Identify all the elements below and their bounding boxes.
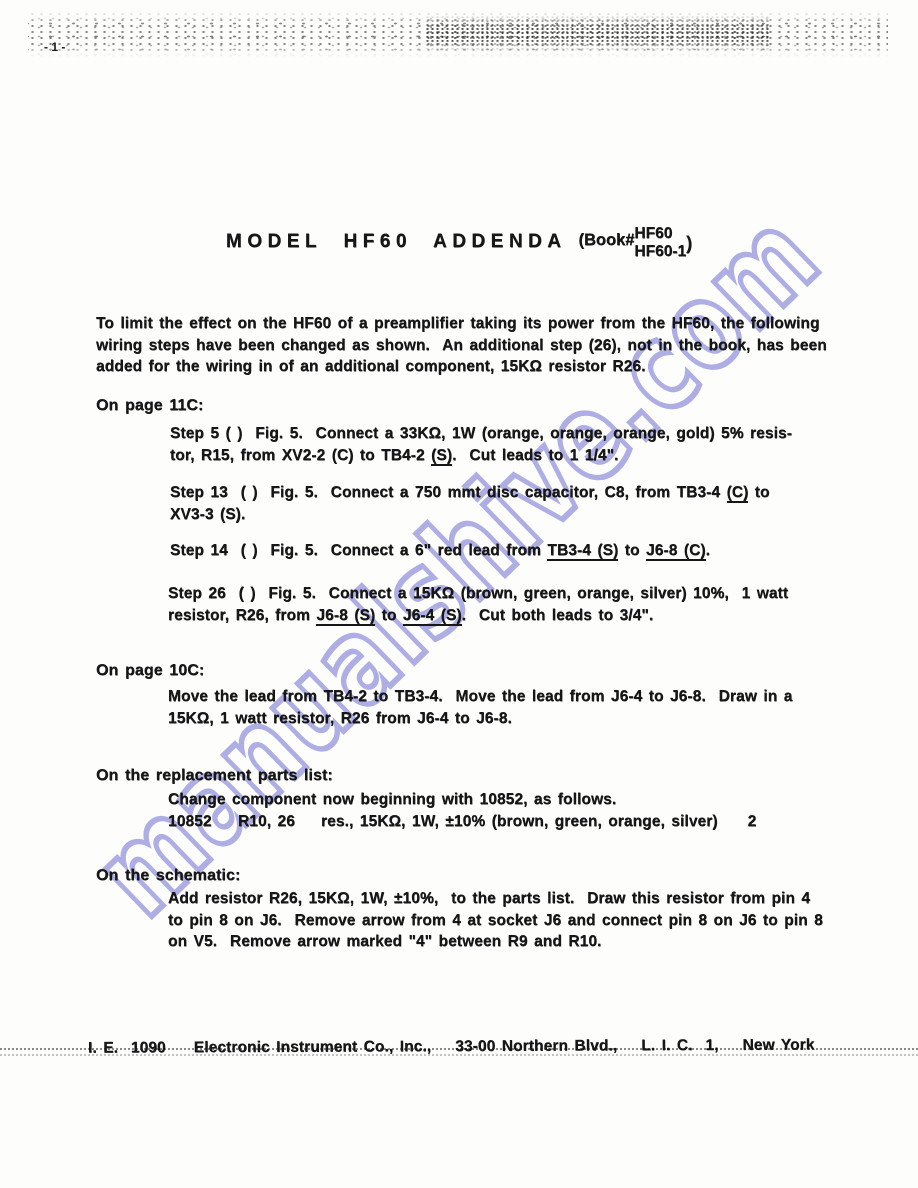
section-heading-page-11c: On page 11C: — [96, 395, 203, 417]
text-line: XV3-3 (S). — [170, 504, 770, 526]
book-numbers: HF60 HF60-1 — [634, 225, 686, 260]
text-line: Step 13 ( ) Fig. 5. Connect a 750 mmt di… — [170, 482, 770, 504]
part-references: R10, 26 — [238, 811, 321, 833]
underlined-term: J6-8 (C) — [646, 542, 706, 561]
text-line: added for the wiring in of an additional… — [96, 356, 827, 378]
text-line: resistor, R26, from J6-8 (S) to J6-4 (S)… — [168, 605, 788, 627]
underlined-term: (S) — [431, 447, 452, 466]
scan-noise-dense — [425, 15, 770, 51]
text-line: wiring steps have been changed as shown.… — [96, 335, 827, 357]
intro-paragraph: To limit the effect on the HF60 of a pre… — [96, 313, 827, 378]
underlined-term: (C) — [727, 484, 749, 503]
step-14: Step 14 ( ) Fig. 5. Connect a 6" red lea… — [170, 540, 710, 562]
text-line: tor, R15, from XV2-2 (C) to TB4-2 (S). C… — [170, 445, 792, 467]
book-reference: (Book# HF60 HF60-1 ) — [578, 224, 692, 260]
step-5: Step 5 ( ) Fig. 5. Connect a 33KΩ, 1W (o… — [170, 423, 792, 466]
text-line: on V5. Remove arrow marked "4" between R… — [168, 931, 823, 953]
title-block: MODEL HF60 ADDENDA (Book# HF60 HF60-1 ) — [0, 224, 918, 260]
text-line: 15KΩ, 1 watt resistor, R26 from J6-4 to … — [168, 708, 792, 730]
footer-imprint: I. E. 1090 Electronic Instrument Co., In… — [88, 1034, 815, 1059]
part-quantity: 2 — [748, 811, 757, 833]
step-26: Step 26 ( ) Fig. 5. Connect a 15KΩ (brow… — [168, 583, 788, 626]
book-number-top: HF60 — [634, 225, 686, 243]
page-title: MODEL HF60 ADDENDA — [226, 231, 567, 253]
section-heading-page-10c: On page 10C: — [96, 660, 204, 682]
footer-address: 33-00 Northern Blvd., — [455, 1035, 617, 1057]
page-number: - 1 - — [44, 40, 65, 54]
footer-district: L. I. C. 1, — [641, 1035, 718, 1057]
underlined-term: TB3-4 (S) — [547, 542, 618, 561]
schematic-body: Add resistor R26, 15KΩ, 1W, ±10%, to the… — [168, 888, 823, 953]
text-line: Step 14 ( ) Fig. 5. Connect a 6" red lea… — [170, 540, 710, 562]
parts-intro-line: Change component now beginning with 1085… — [168, 789, 616, 811]
text-line: to pin 8 on J6. Remove arrow from 4 at s… — [168, 910, 823, 932]
section-heading-schematic: On the schematic: — [96, 865, 240, 887]
section-heading-parts-list: On the replacement parts list: — [96, 765, 333, 787]
parts-table-row: 10852 R10, 26 res., 15KΩ, 1W, ±10% (brow… — [168, 811, 756, 833]
text-line: Move the lead from TB4-2 to TB3-4. Move … — [168, 686, 792, 708]
part-stock-number: 10852 — [168, 811, 238, 833]
footer-company: Electronic Instrument Co., Inc., — [194, 1036, 432, 1059]
page-10c-body: Move the lead from TB4-2 to TB3-4. Move … — [168, 686, 792, 729]
part-description: res., 15KΩ, 1W, ±10% (brown, green, oran… — [321, 811, 718, 833]
underlined-term: J6-4 (S) — [403, 607, 462, 626]
step-13: Step 13 ( ) Fig. 5. Connect a 750 mmt di… — [170, 482, 770, 525]
footer-code: I. E. 1090 — [88, 1037, 166, 1059]
footer-city: New York — [742, 1034, 814, 1056]
text-line: Step 5 ( ) Fig. 5. Connect a 33KΩ, 1W (o… — [170, 423, 792, 445]
text-line: Add resistor R26, 15KΩ, 1W, ±10%, to the… — [168, 888, 823, 910]
underlined-term: J6-8 (S) — [316, 607, 375, 626]
book-close-paren: ) — [686, 233, 692, 254]
book-number-bottom: HF60-1 — [634, 243, 686, 261]
book-prefix: (Book# — [578, 231, 634, 250]
text-line: Step 26 ( ) Fig. 5. Connect a 15KΩ (brow… — [168, 583, 788, 605]
text-line: To limit the effect on the HF60 of a pre… — [96, 313, 827, 335]
